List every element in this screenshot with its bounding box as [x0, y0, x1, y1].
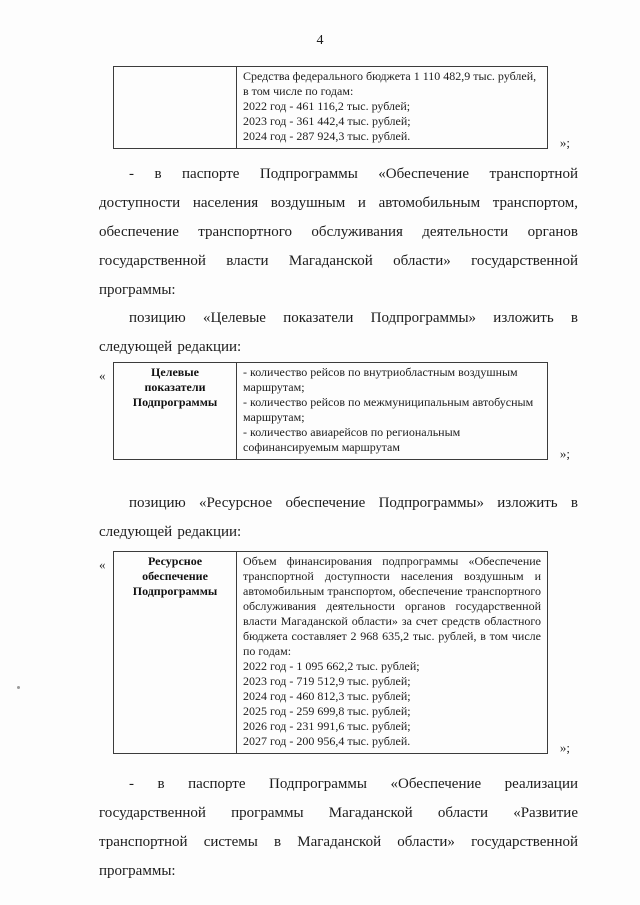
table3-right-cell: Объем финансирования подпрограммы «Обесп…	[237, 552, 548, 754]
table3-intro: Объем финансирования подпрограммы «Обесп…	[243, 554, 541, 659]
table-row: Средства федерального бюджета 1 110 482,…	[114, 67, 548, 149]
opening-quote-mark: «	[99, 368, 106, 384]
closing-quote-mark: »;	[560, 740, 570, 756]
table1-intro: Средства федерального бюджета 1 110 482,…	[243, 69, 541, 99]
table3-year-line: 2022 год - 1 095 662,2 тыс. рублей;	[243, 659, 541, 674]
table1-year-line: 2022 год - 461 116,2 тыс. рублей;	[243, 99, 541, 114]
table-resource-provision: « Ресурсное обеспечение Подпрограммы Объ…	[113, 551, 548, 754]
table-row: Ресурсное обеспечение Подпрограммы Объем…	[114, 552, 548, 754]
table2-item: - количество рейсов по межмуниципальным …	[243, 395, 541, 425]
table3-year-line: 2024 год - 460 812,3 тыс. рублей;	[243, 689, 541, 704]
paragraph-position-target-indicators: позицию «Целевые показатели Подпрограммы…	[99, 304, 578, 362]
table3-year-line: 2026 год - 231 991,6 тыс. рублей;	[243, 719, 541, 734]
table-federal-budget: Средства федерального бюджета 1 110 482,…	[113, 66, 548, 149]
table-row: Целевые показатели Подпрограммы - количе…	[114, 363, 548, 460]
table3-year-line: 2025 год - 259 699,8 тыс. рублей;	[243, 704, 541, 719]
table2-left-cell: Целевые показатели Подпрограммы	[114, 363, 237, 460]
paragraph-position-resource-provision: позицию «Ресурсное обеспечение Подпрогра…	[99, 489, 578, 547]
table1-year-line: 2024 год - 287 924,3 тыс. рублей.	[243, 129, 541, 144]
table: Средства федерального бюджета 1 110 482,…	[113, 66, 548, 149]
table: Целевые показатели Подпрограммы - количе…	[113, 362, 548, 460]
document-page: 4 Средства федерального бюджета 1 110 48…	[0, 0, 640, 905]
table3-year-line: 2027 год - 200 956,4 тыс. рублей.	[243, 734, 541, 749]
paragraph-passport-subprogram-transport: - в паспорте Подпрограммы «Обеспечение т…	[99, 160, 578, 305]
table1-year-line: 2023 год - 361 442,4 тыс. рублей;	[243, 114, 541, 129]
closing-quote-mark: »;	[560, 446, 570, 462]
table1-right-cell: Средства федерального бюджета 1 110 482,…	[237, 67, 548, 149]
opening-quote-mark: «	[99, 557, 106, 573]
table3-left-cell: Ресурсное обеспечение Подпрограммы	[114, 552, 237, 754]
scan-speck	[17, 686, 20, 689]
closing-quote-mark: »;	[560, 135, 570, 151]
table: Ресурсное обеспечение Подпрограммы Объем…	[113, 551, 548, 754]
table-target-indicators: « Целевые показатели Подпрограммы - коли…	[113, 362, 548, 460]
table3-year-line: 2023 год - 719 512,9 тыс. рублей;	[243, 674, 541, 689]
table2-item: - количество авиарейсов по региональным …	[243, 425, 541, 455]
page-number: 4	[0, 33, 640, 49]
table2-item: - количество рейсов по внутриобластным в…	[243, 365, 541, 395]
paragraph-passport-subprogram-realization: - в паспорте Подпрограммы «Обеспечение р…	[99, 770, 578, 886]
table2-right-cell: - количество рейсов по внутриобластным в…	[237, 363, 548, 460]
table1-left-cell	[114, 67, 237, 149]
